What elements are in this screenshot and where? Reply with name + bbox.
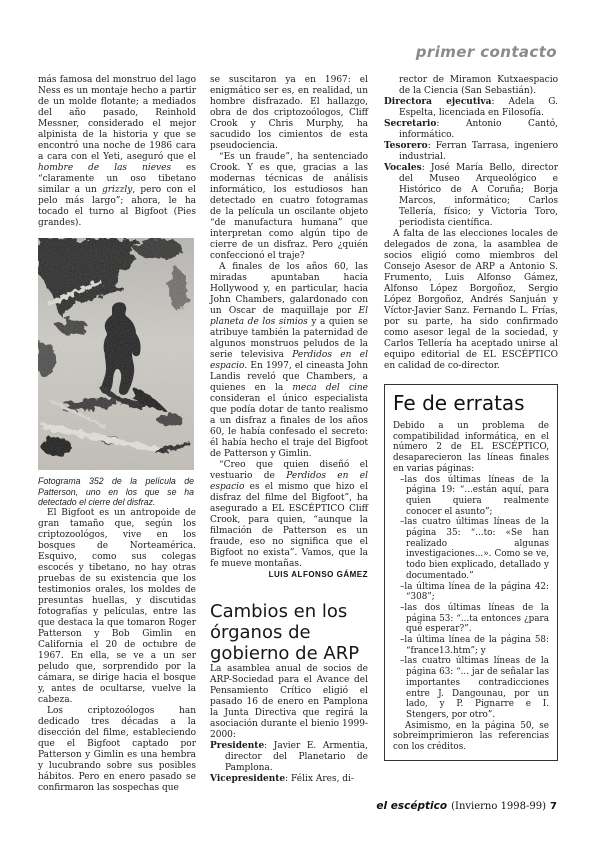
board-item-tesorero: Tesorero: Ferran Tarrasa, ingeniero indu… bbox=[384, 141, 558, 163]
erratas-item: –la última línea de la página 58: “franc… bbox=[393, 635, 549, 656]
erratas-item: –las cuatro últimas líneas de la página … bbox=[393, 517, 549, 581]
magazine-name: el escéptico bbox=[376, 800, 447, 812]
patterson-film-frame-photo bbox=[38, 238, 194, 470]
board-item-secretario: Secretario: Antonio Cantó, informático. bbox=[384, 119, 558, 141]
body-paragraph: La asamblea anual de socios de ARP-Socie… bbox=[210, 664, 368, 741]
erratas-intro: Debido a un problema de compatibilidad i… bbox=[393, 421, 549, 475]
board-item-directora: Directora ejecutiva: Adela G. Espelta, l… bbox=[384, 97, 558, 119]
body-paragraph: se suscitaron ya en 1967: el enigmático … bbox=[210, 75, 368, 152]
article-title: Cambios en los órganos de gobierno de AR… bbox=[210, 601, 368, 664]
magazine-page: primer contacto más famosa del monstruo … bbox=[0, 0, 595, 842]
erratas-box: Fe de erratas Debido a un problema de co… bbox=[384, 384, 558, 761]
patterson-photo-figure: Fotograma 352 de la película de Patterso… bbox=[38, 238, 194, 508]
page-number: 7 bbox=[550, 801, 557, 812]
section-header: primer contacto bbox=[416, 43, 557, 61]
body-paragraph: Los criptozoólogos han dedicado tres déc… bbox=[38, 706, 196, 794]
board-item-vocales: Vocales: José María Bello, director del … bbox=[384, 163, 558, 229]
body-paragraph: “Creo que quien diseñó el vestuario de P… bbox=[210, 460, 368, 570]
board-item-vicepresidente-continuation: rector de Miramon Kutxaespacio de la Cie… bbox=[384, 75, 558, 97]
board-item-presidente: Presidente: Javier E. Armentia, director… bbox=[210, 741, 368, 774]
body-paragraph: más famosa del monstruo del lago Ness es… bbox=[38, 75, 196, 229]
body-paragraph: A finales de los años 60, las miradas ap… bbox=[210, 262, 368, 460]
issue-label: (Invierno 1998-99) bbox=[451, 801, 546, 812]
page-footer: el escéptico(Invierno 1998-99)7 bbox=[376, 800, 557, 812]
erratas-title: Fe de erratas bbox=[393, 391, 549, 415]
erratas-item: –las cuatro últimas líneas de la página … bbox=[393, 656, 549, 720]
erratas-closing: Asimismo, en la página 50, se sobreimpri… bbox=[393, 721, 549, 753]
erratas-item: –la última línea de la página 42: “308”; bbox=[393, 582, 549, 603]
column-2: se suscitaron ya en 1967: el enigmático … bbox=[210, 75, 368, 785]
body-paragraph: El Bigfoot es un antropoide de gran tama… bbox=[38, 508, 196, 706]
photo-caption: Fotograma 352 de la película de Patterso… bbox=[38, 476, 194, 508]
erratas-item: –las dos últimas líneas de la página 53:… bbox=[393, 603, 549, 635]
byline: LUIS ALFONSO GÁMEZ bbox=[210, 570, 368, 580]
body-paragraph: “Es un fraude”, ha sentenciado Crook. Y … bbox=[210, 152, 368, 262]
erratas-item: –las dos últimas líneas de la página 19:… bbox=[393, 475, 549, 518]
column-1: más famosa del monstruo del lago Ness es… bbox=[38, 75, 196, 794]
column-3: rector de Miramon Kutxaespacio de la Cie… bbox=[384, 75, 558, 761]
body-paragraph: A falta de las elecciones locales de del… bbox=[384, 229, 558, 372]
board-item-vicepresidente: Vicepresidente: Félix Ares, di- bbox=[210, 774, 368, 785]
